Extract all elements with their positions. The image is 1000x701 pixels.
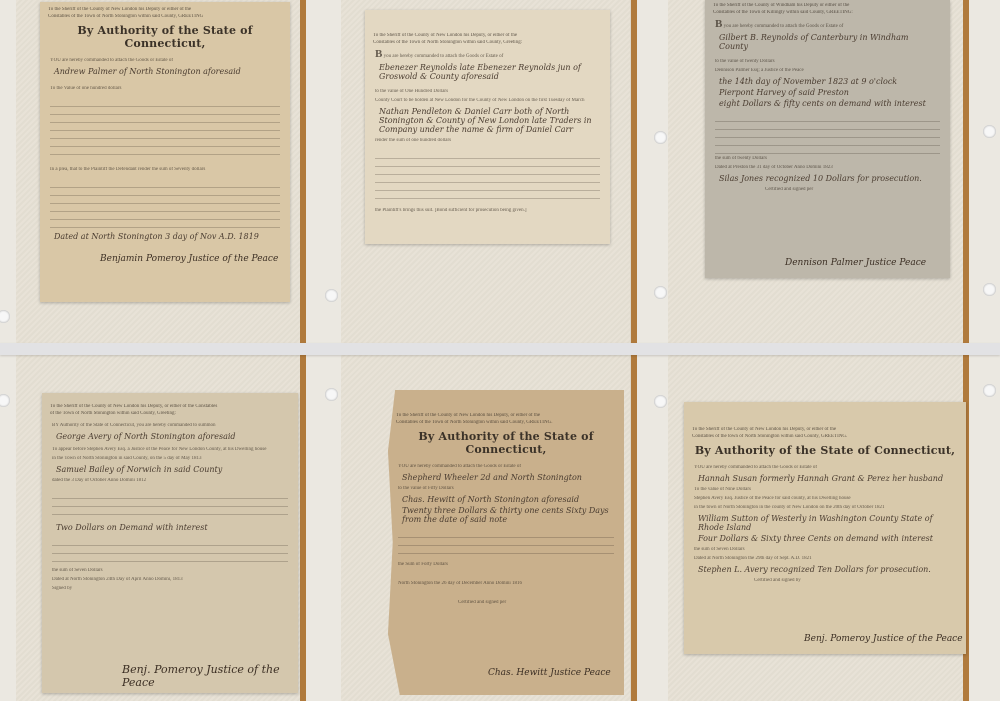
body-text: Certified and signed by (754, 576, 956, 585)
writ-document: To the Sheriff of the County of New Lond… (388, 390, 624, 695)
handwritten-field: Samuel Bailey of Norwich in said County (56, 465, 284, 474)
printed-lines (50, 99, 280, 159)
writ-document: To the Sheriff of the County of New Lond… (684, 402, 966, 654)
body-text: To appear before Stephen Avery Esq. a Ju… (52, 445, 288, 454)
handwritten-field: Silas Jones recognized 10 Dollars for pr… (719, 174, 936, 183)
body-text: Dated at North Stonington the 29th day o… (694, 554, 956, 563)
handwritten-field: Four Dollars & Sixty three Cents on dema… (698, 534, 952, 543)
body-text: To the value of Nine Dollars (694, 485, 956, 494)
body-text: dated the 3 Day of October Anno Domini 1… (52, 476, 288, 485)
handwritten-field: Dated at North Stonington 3 day of Nov A… (54, 232, 276, 241)
body-text: render the sum of one hundred dollars (375, 136, 600, 145)
body-text: Dated at Preston the 31 day of October A… (715, 163, 940, 172)
preamble: Constables of the Town of North Stoningt… (396, 419, 616, 426)
body-text: Stephen Avery Esq. Justice of the Peace … (694, 494, 956, 503)
handwritten-field: William Sutton of Westerly in Washington… (698, 514, 952, 532)
body-text: B you are hereby commanded to attach the… (715, 20, 940, 31)
handwritten-field: Gilbert B. Reynolds of Canterbury in Win… (719, 33, 936, 51)
body-text: the Sum of Forty Dollars (398, 560, 614, 569)
printed-lines (52, 491, 288, 521)
body-text: to the value of One Hundred Dollars (375, 87, 600, 96)
writ-document: To the Sheriff of the County of Windham … (705, 0, 950, 278)
preamble: To the Sheriff of the County of New Lond… (692, 426, 958, 433)
signature: Benj. Pomeroy Justice of the Peace (122, 663, 298, 689)
body-text: Certified and signed per (458, 598, 614, 607)
preamble: Constables of the Town of Killingly with… (713, 9, 942, 16)
handwritten-field: Stephen L. Avery recognized Ten Dollars … (698, 565, 952, 574)
intro-text: you are hereby commanded to attach the G… (724, 24, 844, 29)
preamble: of the Town of North Stonington within s… (50, 410, 290, 417)
writ-document: To the Sheriff of the County of New Lond… (40, 2, 290, 302)
preamble: Constables of the Town of North Stoningt… (48, 13, 282, 20)
body-text: YOU are hereby commanded to attach the G… (50, 56, 280, 65)
body-text: YOU are hereby commanded to attach the G… (694, 463, 956, 472)
body-text: County Court to be holden at New London … (375, 96, 600, 105)
preamble: To the Sheriff of the County of New Lond… (50, 403, 290, 410)
body-text: To the Value of one hundred dollars (50, 84, 280, 93)
sleeve-divider (0, 343, 1000, 355)
body-text: in the town of North Stonington in the c… (694, 503, 956, 512)
punch-hole (654, 286, 667, 299)
body-text: Dated at North Stonington 24th Day of Ap… (52, 575, 288, 584)
signature: Dennison Palmer Justice Peace (785, 258, 926, 268)
handwritten-field: Pierpont Harvey of said Preston (719, 88, 936, 97)
signature: Benj. Pomeroy Justice of the Peace (804, 634, 963, 644)
body-text: the sum of Seven Dollars (694, 545, 956, 554)
body-text: YOU are hereby commanded to attach the G… (398, 462, 614, 471)
document-title: By Authority of the State of Connecticut… (684, 444, 966, 457)
preamble: To the Sheriff of the County of New Lond… (373, 32, 602, 39)
signature: Benjamin Pomeroy Justice of the Peace (100, 254, 278, 264)
body-text: to the value of Fifty Dollars (398, 484, 614, 493)
body-text: In a plea, that to the Plaintiff the Def… (50, 165, 280, 174)
punch-hole (325, 289, 338, 302)
drop-cap: B (715, 18, 722, 30)
body-text: to the value of twenty Dollars (715, 57, 940, 66)
handwritten-field: Twenty three Dollars & thirty one cents … (402, 506, 610, 524)
writ-document: To the Sheriff of the County of New Lond… (365, 10, 610, 244)
preamble: To the Sheriff of the County of Windham … (713, 2, 942, 9)
handwritten-field: Andrew Palmer of North Stonington afores… (54, 67, 276, 76)
handwritten-field: Ebenezer Reynolds late Ebenezer Reynolds… (379, 63, 596, 81)
preamble: Constables of the town of North Stoningt… (692, 433, 958, 440)
handwritten-field: Two Dollars on Demand with interest (56, 523, 284, 532)
printed-lines (375, 151, 600, 206)
intro-text: you are hereby commanded to attach the G… (384, 54, 504, 59)
body-text: BY Authority of the State of Connecticut… (52, 421, 288, 430)
document-title: By Authority of the State of Connecticut… (40, 24, 290, 50)
handwritten-field: George Avery of North Stonington aforesa… (56, 432, 284, 441)
handwritten-field: the 14th day of November 1823 at 9 o'clo… (719, 77, 936, 86)
handwritten-field: Chas. Hewitt of North Stonington aforesa… (402, 495, 610, 504)
punch-hole (983, 125, 996, 138)
body-text: the Plaintiff's brings this suit. [Bond … (375, 206, 600, 215)
punch-hole (325, 388, 338, 401)
printed-lines (50, 180, 280, 230)
handwritten-field: Nathan Pendleton & Daniel Carr both of N… (379, 107, 596, 134)
signature: Chas. Hewitt Justice Peace (488, 668, 611, 678)
body-text: Certified and signed per (765, 185, 940, 194)
preamble: To the Sheriff of the County of New Lond… (396, 412, 616, 419)
body-text: in the Town of North Stonington in said … (52, 454, 288, 463)
body-text: the sum of twenty Dollars (715, 154, 940, 163)
printed-lines (52, 538, 288, 566)
printed-lines (398, 530, 614, 560)
punch-hole (983, 283, 996, 296)
preamble: Constables of the Town of North Stoningt… (373, 39, 602, 46)
body-text: Dennison Palmer Esq; a Justice of the Pe… (715, 66, 940, 75)
body-text: North Stonington the 26 day of December … (398, 579, 614, 588)
handwritten-field: Hannah Susan formerly Hannah Grant & Per… (698, 474, 952, 483)
punch-hole (654, 131, 667, 144)
punch-hole (654, 395, 667, 408)
writ-document: To the Sheriff of the County of New Lond… (42, 393, 298, 693)
handwritten-field: eight Dollars & fifty cents on demand wi… (719, 99, 936, 108)
preamble: To the Sheriff of the County of New Lond… (48, 6, 282, 13)
printed-lines (715, 114, 940, 154)
body-text: B you are hereby commanded to attach the… (375, 50, 600, 61)
punch-hole (983, 384, 996, 397)
handwritten-field: Shepherd Wheeler 2d and North Stonington (402, 473, 610, 482)
body-text: the sum of Seven Dollars (52, 566, 288, 575)
drop-cap: B (375, 48, 382, 60)
document-title: By Authority of the State of Connecticut… (388, 430, 624, 456)
body-text: Signed by (52, 584, 288, 593)
